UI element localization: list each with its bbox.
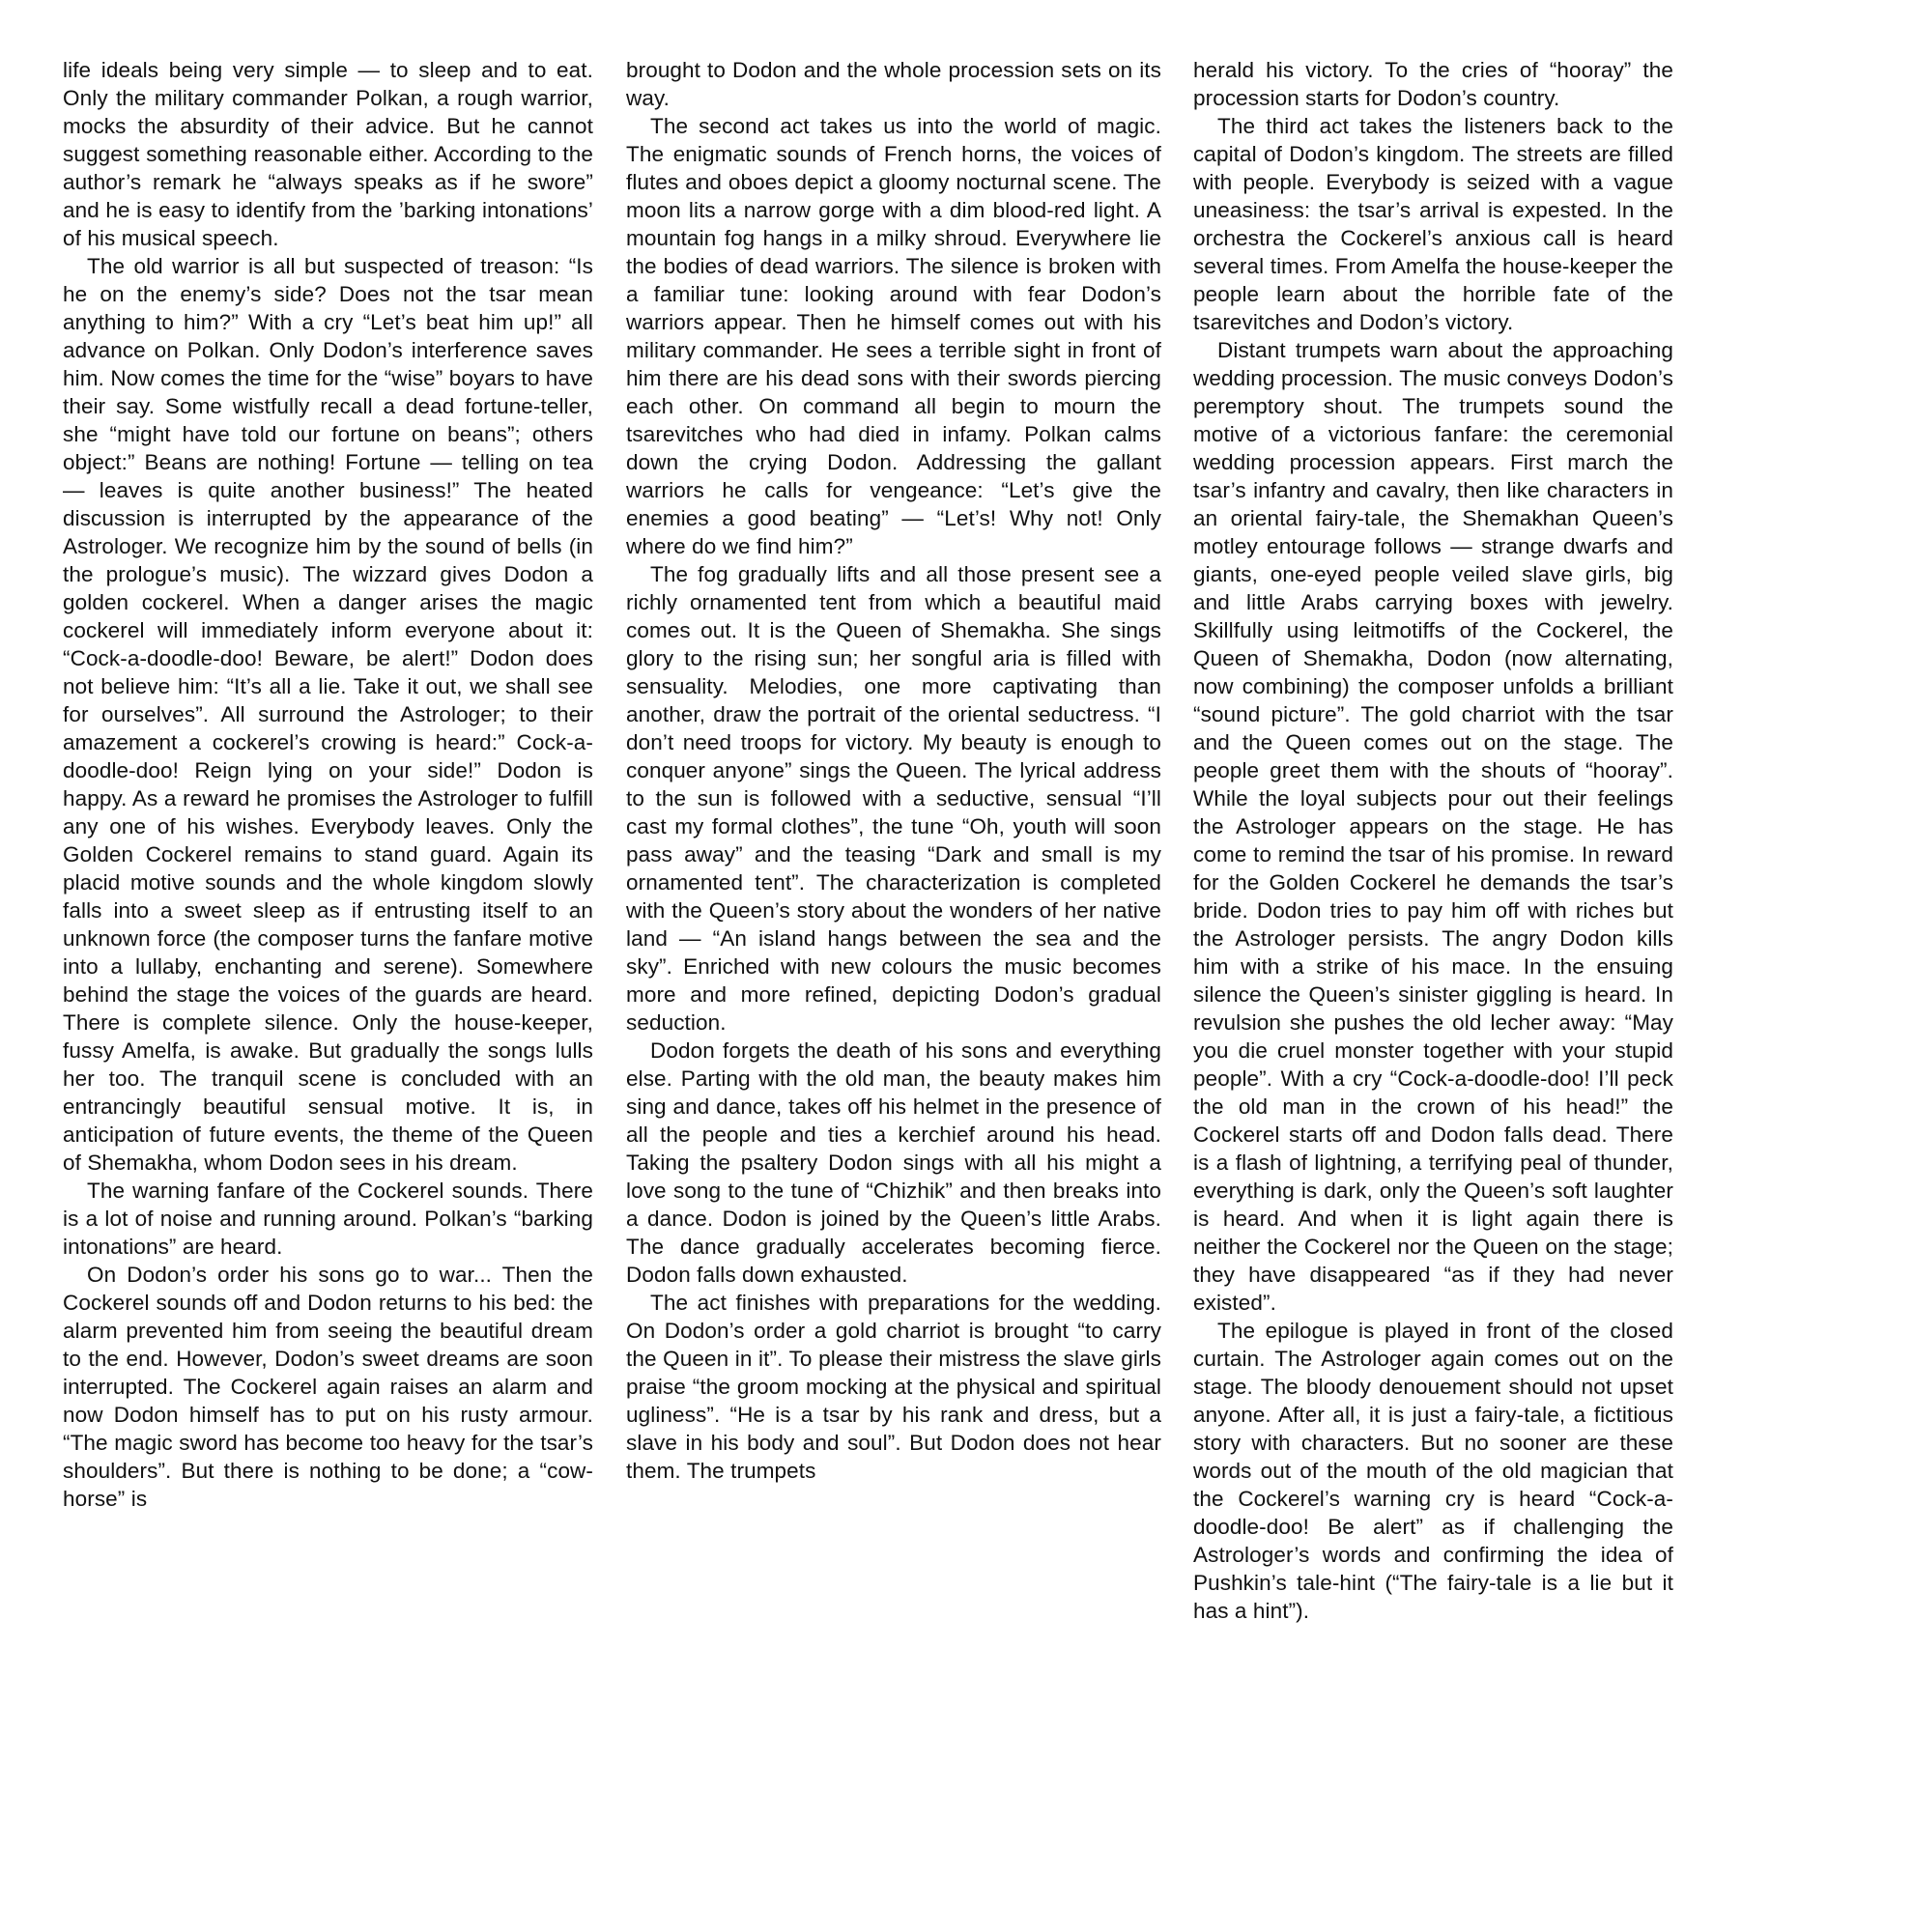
paragraph: The act finishes with preparations for t… <box>626 1289 1161 1485</box>
paragraph: brought to Dodon and the whole processio… <box>626 56 1161 112</box>
paragraph: The epilogue is played in front of the c… <box>1193 1317 1673 1625</box>
paragraph: The third act takes the listeners back t… <box>1193 112 1673 336</box>
paragraph: The old warrior is all but suspected of … <box>63 252 593 1177</box>
paragraph: The second act takes us into the world o… <box>626 112 1161 560</box>
text-column-3: herald his victory. To the cries of “hoo… <box>1193 56 1673 1625</box>
document-page: life ideals being very simple — to sleep… <box>0 0 1913 1932</box>
paragraph: The fog gradually lifts and all those pr… <box>626 560 1161 1037</box>
paragraph: Distant trumpets warn about the approach… <box>1193 336 1673 1317</box>
paragraph: Dodon forgets the death of his sons and … <box>626 1037 1161 1289</box>
paragraph: On Dodon’s order his sons go to war... T… <box>63 1261 593 1513</box>
text-column-1: life ideals being very simple — to sleep… <box>63 56 593 1513</box>
paragraph: herald his victory. To the cries of “hoo… <box>1193 56 1673 112</box>
text-column-2: brought to Dodon and the whole processio… <box>626 56 1161 1485</box>
paragraph: The warning fanfare of the Cockerel soun… <box>63 1177 593 1261</box>
paragraph: life ideals being very simple — to sleep… <box>63 56 593 252</box>
